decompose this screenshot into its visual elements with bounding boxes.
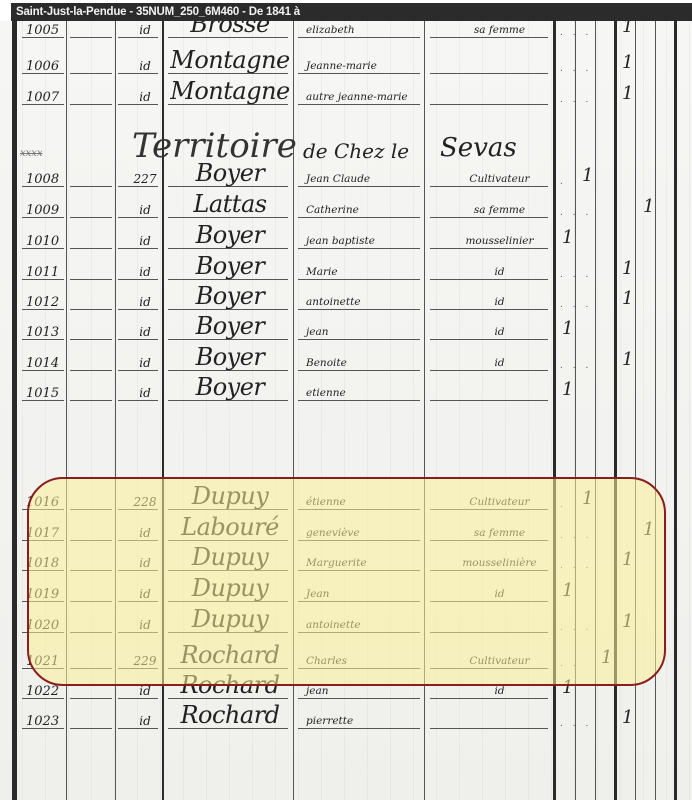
- row-number: 1008: [26, 173, 86, 186]
- highlight-annotation: [27, 477, 666, 686]
- cell-underline: [298, 37, 420, 38]
- surname: Lattas: [170, 192, 290, 216]
- household-number: id: [130, 326, 160, 338]
- tally-column-divider: [655, 21, 656, 800]
- occupation: sa femme: [437, 205, 562, 216]
- cell-underline: [430, 104, 548, 105]
- cell-underline: [298, 728, 420, 729]
- tally-dots: ...: [560, 208, 598, 218]
- page-right-edge: [674, 21, 677, 800]
- cell-underline: [70, 339, 112, 340]
- tally-mark: 1: [622, 709, 633, 727]
- surname: Boyer: [170, 375, 290, 399]
- banner-word-1: Territoire: [132, 129, 297, 163]
- cell-underline: [118, 279, 158, 280]
- tally-dots: ...: [560, 719, 598, 729]
- banner-word-3: Sevas: [440, 135, 517, 161]
- cell-underline: [70, 370, 112, 371]
- given-name: Benoite: [298, 358, 426, 369]
- cell-underline: [298, 186, 420, 187]
- cell-underline: [298, 309, 420, 310]
- household-number: id: [130, 24, 160, 36]
- tally-dots: ...: [560, 361, 598, 371]
- tally-mark: 1: [643, 198, 654, 216]
- tally-dots: ...: [560, 300, 598, 310]
- cell-underline: [118, 37, 158, 38]
- surname: Boyer: [170, 314, 290, 338]
- tally-dots: ...: [560, 64, 598, 74]
- cell-underline: [430, 248, 548, 249]
- tally-mark: 1: [562, 320, 573, 338]
- cell-underline: [430, 339, 548, 340]
- household-number: id: [130, 204, 160, 216]
- tally-dots: ...: [560, 270, 598, 280]
- row-number: 1023: [26, 715, 86, 728]
- occupation: id: [437, 358, 562, 369]
- tally-mark: 1: [622, 85, 633, 103]
- occupation: id: [437, 297, 562, 308]
- image-viewer: Saint-Just-la-Pendue - 35NUM_250_6M460 -…: [0, 0, 692, 800]
- surname: Boyer: [170, 223, 290, 247]
- tally-mark: 1: [582, 167, 593, 185]
- given-name: jean: [298, 686, 426, 697]
- occupation: mousselinier: [437, 236, 562, 247]
- household-number: id: [130, 60, 160, 72]
- household-number: id: [130, 235, 160, 247]
- given-name: autre jeanne-marie: [298, 92, 426, 103]
- cell-underline: [118, 728, 158, 729]
- tally-mark: 1: [622, 54, 633, 72]
- surname: Boyer: [170, 345, 290, 369]
- given-name: elizabeth: [298, 25, 426, 36]
- surname: Rochard: [170, 703, 290, 727]
- occupation: sa femme: [437, 25, 562, 36]
- row-number: 1012: [26, 296, 86, 309]
- row-number: 1005: [26, 24, 86, 37]
- row-number: 1013: [26, 326, 86, 339]
- cell-underline: [118, 73, 158, 74]
- tally-dots: ...: [560, 28, 598, 38]
- tally-mark: 1: [562, 229, 573, 247]
- cell-underline: [118, 698, 158, 699]
- surname: Montagne: [170, 48, 290, 72]
- cell-underline: [70, 248, 112, 249]
- occupation: id: [437, 327, 562, 338]
- row-number: 1007: [26, 91, 86, 104]
- cell-underline: [430, 217, 548, 218]
- cell-underline: [430, 73, 548, 74]
- household-number: id: [130, 91, 160, 103]
- row-number: 1015: [26, 387, 86, 400]
- cell-underline: [298, 217, 420, 218]
- surname: Montagne: [170, 79, 290, 103]
- cell-underline: [430, 309, 548, 310]
- tally-dots: ...: [560, 95, 598, 105]
- page-left-edge: [12, 21, 17, 800]
- household-number: id: [130, 266, 160, 278]
- cell-underline: [70, 728, 112, 729]
- tally-mark: 1: [622, 260, 633, 278]
- row-number: 1014: [26, 357, 86, 370]
- cell-underline: [298, 248, 420, 249]
- household-number: id: [130, 357, 160, 369]
- cell-underline: [118, 400, 158, 401]
- given-name: jean: [298, 327, 426, 338]
- cell-underline: [430, 400, 548, 401]
- household-number: 227: [130, 173, 160, 185]
- window-title: Saint-Just-la-Pendue - 35NUM_250_6M460 -…: [11, 3, 692, 21]
- cell-underline: [298, 73, 420, 74]
- cell-underline: [298, 339, 420, 340]
- occupation: id: [437, 267, 562, 278]
- cell-underline: [430, 698, 548, 699]
- row-number: 1022: [26, 685, 86, 698]
- household-number: id: [130, 715, 160, 727]
- surname: Brosse: [170, 21, 290, 36]
- given-name: antoinette: [298, 297, 426, 308]
- cell-underline: [70, 400, 112, 401]
- tally-mark: 1: [622, 351, 633, 369]
- cell-underline: [70, 104, 112, 105]
- given-name: jean baptiste: [298, 236, 426, 247]
- cell-underline: [298, 400, 420, 401]
- household-number: id: [130, 387, 160, 399]
- surname: Boyer: [170, 254, 290, 278]
- occupation: Cultivateur: [437, 174, 562, 185]
- cell-underline: [118, 104, 158, 105]
- row-number: 1010: [26, 235, 86, 248]
- cell-underline: [118, 217, 158, 218]
- cell-underline: [118, 339, 158, 340]
- cell-underline: [430, 186, 548, 187]
- given-name: etienne: [298, 388, 426, 399]
- banner-row-number: xxxx: [20, 149, 80, 159]
- row-number: 1006: [26, 60, 86, 73]
- cell-underline: [70, 186, 112, 187]
- cell-underline: [118, 309, 158, 310]
- given-name: Jeanne-marie: [298, 61, 426, 72]
- tally-mark: 1: [622, 290, 633, 308]
- cell-underline: [430, 728, 548, 729]
- cell-underline: [70, 37, 112, 38]
- cell-underline: [430, 279, 548, 280]
- tally-mark: 1: [622, 21, 633, 36]
- cell-underline: [298, 698, 420, 699]
- cell-underline: [118, 248, 158, 249]
- row-number: 1009: [26, 204, 86, 217]
- cell-underline: [430, 370, 548, 371]
- cell-underline: [118, 186, 158, 187]
- cell-underline: [298, 370, 420, 371]
- cell-underline: [298, 104, 420, 105]
- given-name: Jean Claude: [298, 174, 426, 185]
- household-number: id: [130, 296, 160, 308]
- cell-underline: [70, 698, 112, 699]
- given-name: Marie: [298, 267, 426, 278]
- banner-word-2: de Chez le: [303, 141, 409, 161]
- occupation: id: [437, 686, 562, 697]
- tally-dots: .: [560, 177, 573, 187]
- tally-mark: 1: [562, 381, 573, 399]
- cell-underline: [298, 279, 420, 280]
- surname: Boyer: [170, 284, 290, 308]
- given-name: pierrette: [298, 716, 426, 727]
- cell-underline: [70, 73, 112, 74]
- cell-underline: [118, 370, 158, 371]
- cell-underline: [430, 37, 548, 38]
- cell-underline: [70, 217, 112, 218]
- row-number: 1011: [26, 266, 86, 279]
- household-number: id: [130, 685, 160, 697]
- cell-underline: [70, 309, 112, 310]
- cell-underline: [70, 279, 112, 280]
- given-name: Catherine: [298, 205, 426, 216]
